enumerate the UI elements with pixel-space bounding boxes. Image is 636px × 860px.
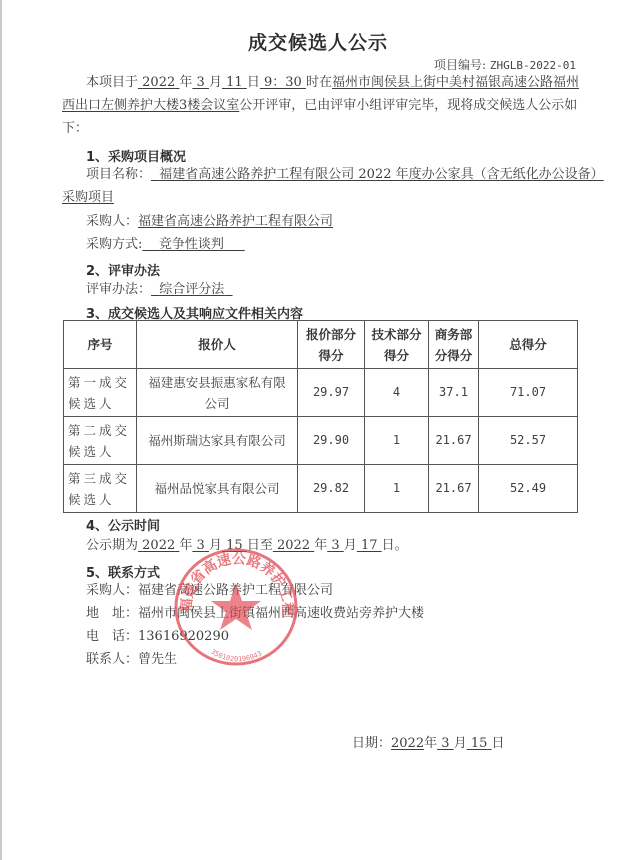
intro-location-2: 西出口左侧养护大楼3楼会议室 <box>62 98 239 113</box>
table-row: 第三成交候选人 福州品悦家具有限公司 29.82 1 21.67 52.49 <box>64 465 578 513</box>
cell-tech-score: 1 <box>365 417 429 465</box>
col-header-tech-score: 技术部分得分 <box>365 321 429 369</box>
intro-year: 2022 <box>138 75 179 90</box>
evaluation-method-label: 评审办法： <box>86 282 151 297</box>
publicity-end-month: 3 <box>327 538 344 553</box>
publicity-end-year: 2022 <box>273 538 314 553</box>
cell-business-score: 21.67 <box>429 465 479 513</box>
address-row: 地 址：福州市闽侯县上街镇福州西高速收费站旁养护大楼 <box>86 603 424 625</box>
cell-tech-score: 4 <box>365 369 429 417</box>
procurement-method-row: 采购方式: 竞争性谈判 <box>86 234 245 256</box>
month-unit: 月 <box>209 538 222 553</box>
purchaser-row: 采购人：福建省高速公路养护工程有限公司 <box>86 211 333 233</box>
cell-price-score: 29.90 <box>298 417 365 465</box>
footer-year: 2022 <box>391 736 424 751</box>
procurement-method-value: 竞争性谈判 <box>142 237 244 252</box>
cell-tech-score: 1 <box>365 465 429 513</box>
table-row: 第二成交候选人 福州斯瑞达家具有限公司 29.90 1 21.67 52.57 <box>64 417 578 465</box>
year-unit: 年 <box>314 538 327 553</box>
project-number-label: 项目编号: <box>434 58 486 72</box>
cell-business-score: 21.67 <box>429 417 479 465</box>
footer-day-unit: 日 <box>492 736 505 751</box>
phone-row: 电 话：13616920290 <box>86 626 229 648</box>
intro-month-unit: 月 <box>209 75 222 90</box>
phone-value: 13616920290 <box>138 629 229 644</box>
cell-rank: 第一成交候选人 <box>64 369 137 417</box>
col-header-bidder: 报价人 <box>137 321 298 369</box>
publicity-prefix: 公示期为 <box>86 538 138 553</box>
cell-rank: 第二成交候选人 <box>64 417 137 465</box>
intro-day: 11 <box>222 75 247 90</box>
intro-year-unit: 年 <box>179 75 192 90</box>
intro-day-unit: 日 <box>247 75 260 90</box>
project-number-value: ZHGLB-2022-01 <box>490 59 576 72</box>
contact-purchaser-row: 采购人：福建省高速公路养护工程有限公司 <box>86 580 333 602</box>
document-title: 成交候选人公示 <box>0 28 636 55</box>
intro-line-1: 本项目于 2022 年 3 月 11 日 9：30 时在福州市闽侯县上街中美村福… <box>86 72 579 94</box>
purchaser-label: 采购人： <box>86 214 138 229</box>
cell-bidder: 福州斯瑞达家具有限公司 <box>137 417 298 465</box>
section-1-heading: 1、采购项目概况 <box>86 146 186 165</box>
footer-date: 日期：2022年 3 月 15 日 <box>352 733 505 755</box>
intro-line-2: 西出口左侧养护大楼3楼会议室公开评审，已由评审小组评审完毕，现将成交候选人公示如 <box>62 95 577 117</box>
procurement-method-label: 采购方式: <box>86 237 142 252</box>
publicity-mid: 日至 <box>247 538 273 553</box>
project-name-value: 福建省高速公路养护工程有限公司 2022 年度办公家具（含无纸化办公设备） <box>151 167 604 182</box>
cell-business-score: 37.1 <box>429 369 479 417</box>
footer-year-unit: 年 <box>424 736 437 751</box>
intro-suffix: 公开评审，已由评审小组评审完毕，现将成交候选人公示如 <box>239 98 577 113</box>
evaluation-method-value: 综合评分法 <box>151 282 233 297</box>
cell-bidder: 福建惠安县振惠家私有限公司 <box>137 369 298 417</box>
project-name-line-1: 项目名称： 福建省高速公路养护工程有限公司 2022 年度办公家具（含无纸化办公… <box>86 164 604 186</box>
intro-month: 3 <box>192 75 209 90</box>
publicity-end-day: 17 <box>357 538 382 553</box>
phone-label: 电 话： <box>86 629 138 644</box>
publicity-start-year: 2022 <box>138 538 179 553</box>
project-number: 项目编号: ZHGLB-2022-01 <box>434 56 576 73</box>
contact-person-label: 联系人： <box>86 652 138 667</box>
footer-day: 15 <box>467 736 492 751</box>
project-name-line-2: 采购项目 <box>62 187 114 209</box>
section-2-heading: 2、评审办法 <box>86 260 160 279</box>
contact-person-value: 曾先生 <box>138 652 177 667</box>
year-unit: 年 <box>179 538 192 553</box>
address-label: 地 址： <box>86 606 138 621</box>
intro-time-unit: 时在 <box>306 75 332 90</box>
publicity-start-day: 15 <box>222 538 247 553</box>
project-name-label: 项目名称： <box>86 167 151 182</box>
contact-purchaser-label: 采购人： <box>86 583 138 598</box>
candidates-table: 序号 报价人 报价部分得分 技术部分得分 商务部分得分 总得分 第一成交候选人 … <box>63 320 578 513</box>
svg-text:3501020196943: 3501020196943 <box>209 648 263 664</box>
cell-bidder: 福州品悦家具有限公司 <box>137 465 298 513</box>
publicity-period-row: 公示期为 2022 年 3 月 15 日至 2022 年 3 月 17 日。 <box>86 535 408 557</box>
cell-total: 52.49 <box>479 465 578 513</box>
purchaser-value: 福建省高速公路养护工程有限公司 <box>138 214 333 229</box>
footer-date-label: 日期： <box>352 736 391 751</box>
col-header-rank: 序号 <box>64 321 137 369</box>
footer-month-unit: 月 <box>454 736 467 751</box>
col-header-price-score: 报价部分得分 <box>298 321 365 369</box>
col-header-business-score: 商务部分得分 <box>429 321 479 369</box>
intro-prefix: 本项目于 <box>86 75 138 90</box>
section-4-heading: 4、公示时间 <box>86 515 160 534</box>
intro-location-1: 福州市闽侯县上街中美村福银高速公路福州 <box>332 75 579 90</box>
intro-line-3: 下： <box>62 118 88 140</box>
page-edge <box>0 0 2 860</box>
cell-rank: 第三成交候选人 <box>64 465 137 513</box>
publicity-start-month: 3 <box>192 538 209 553</box>
table-header-row: 序号 报价人 报价部分得分 技术部分得分 商务部分得分 总得分 <box>64 321 578 369</box>
contact-person-row: 联系人：曾先生 <box>86 649 177 671</box>
section-5-heading: 5、联系方式 <box>86 562 160 581</box>
publicity-suffix: 日。 <box>382 538 408 553</box>
footer-month: 3 <box>437 736 454 751</box>
evaluation-method-row: 评审办法： 综合评分法 <box>86 279 233 301</box>
address-value: 福州市闽侯县上街镇福州西高速收费站旁养护大楼 <box>138 606 424 621</box>
table-row: 第一成交候选人 福建惠安县振惠家私有限公司 29.97 4 37.1 71.07 <box>64 369 578 417</box>
contact-purchaser-value: 福建省高速公路养护工程有限公司 <box>138 583 333 598</box>
month-unit: 月 <box>344 538 357 553</box>
cell-price-score: 29.82 <box>298 465 365 513</box>
cell-price-score: 29.97 <box>298 369 365 417</box>
intro-time: 9：30 <box>260 75 306 90</box>
col-header-total: 总得分 <box>479 321 578 369</box>
cell-total: 71.07 <box>479 369 578 417</box>
cell-total: 52.57 <box>479 417 578 465</box>
